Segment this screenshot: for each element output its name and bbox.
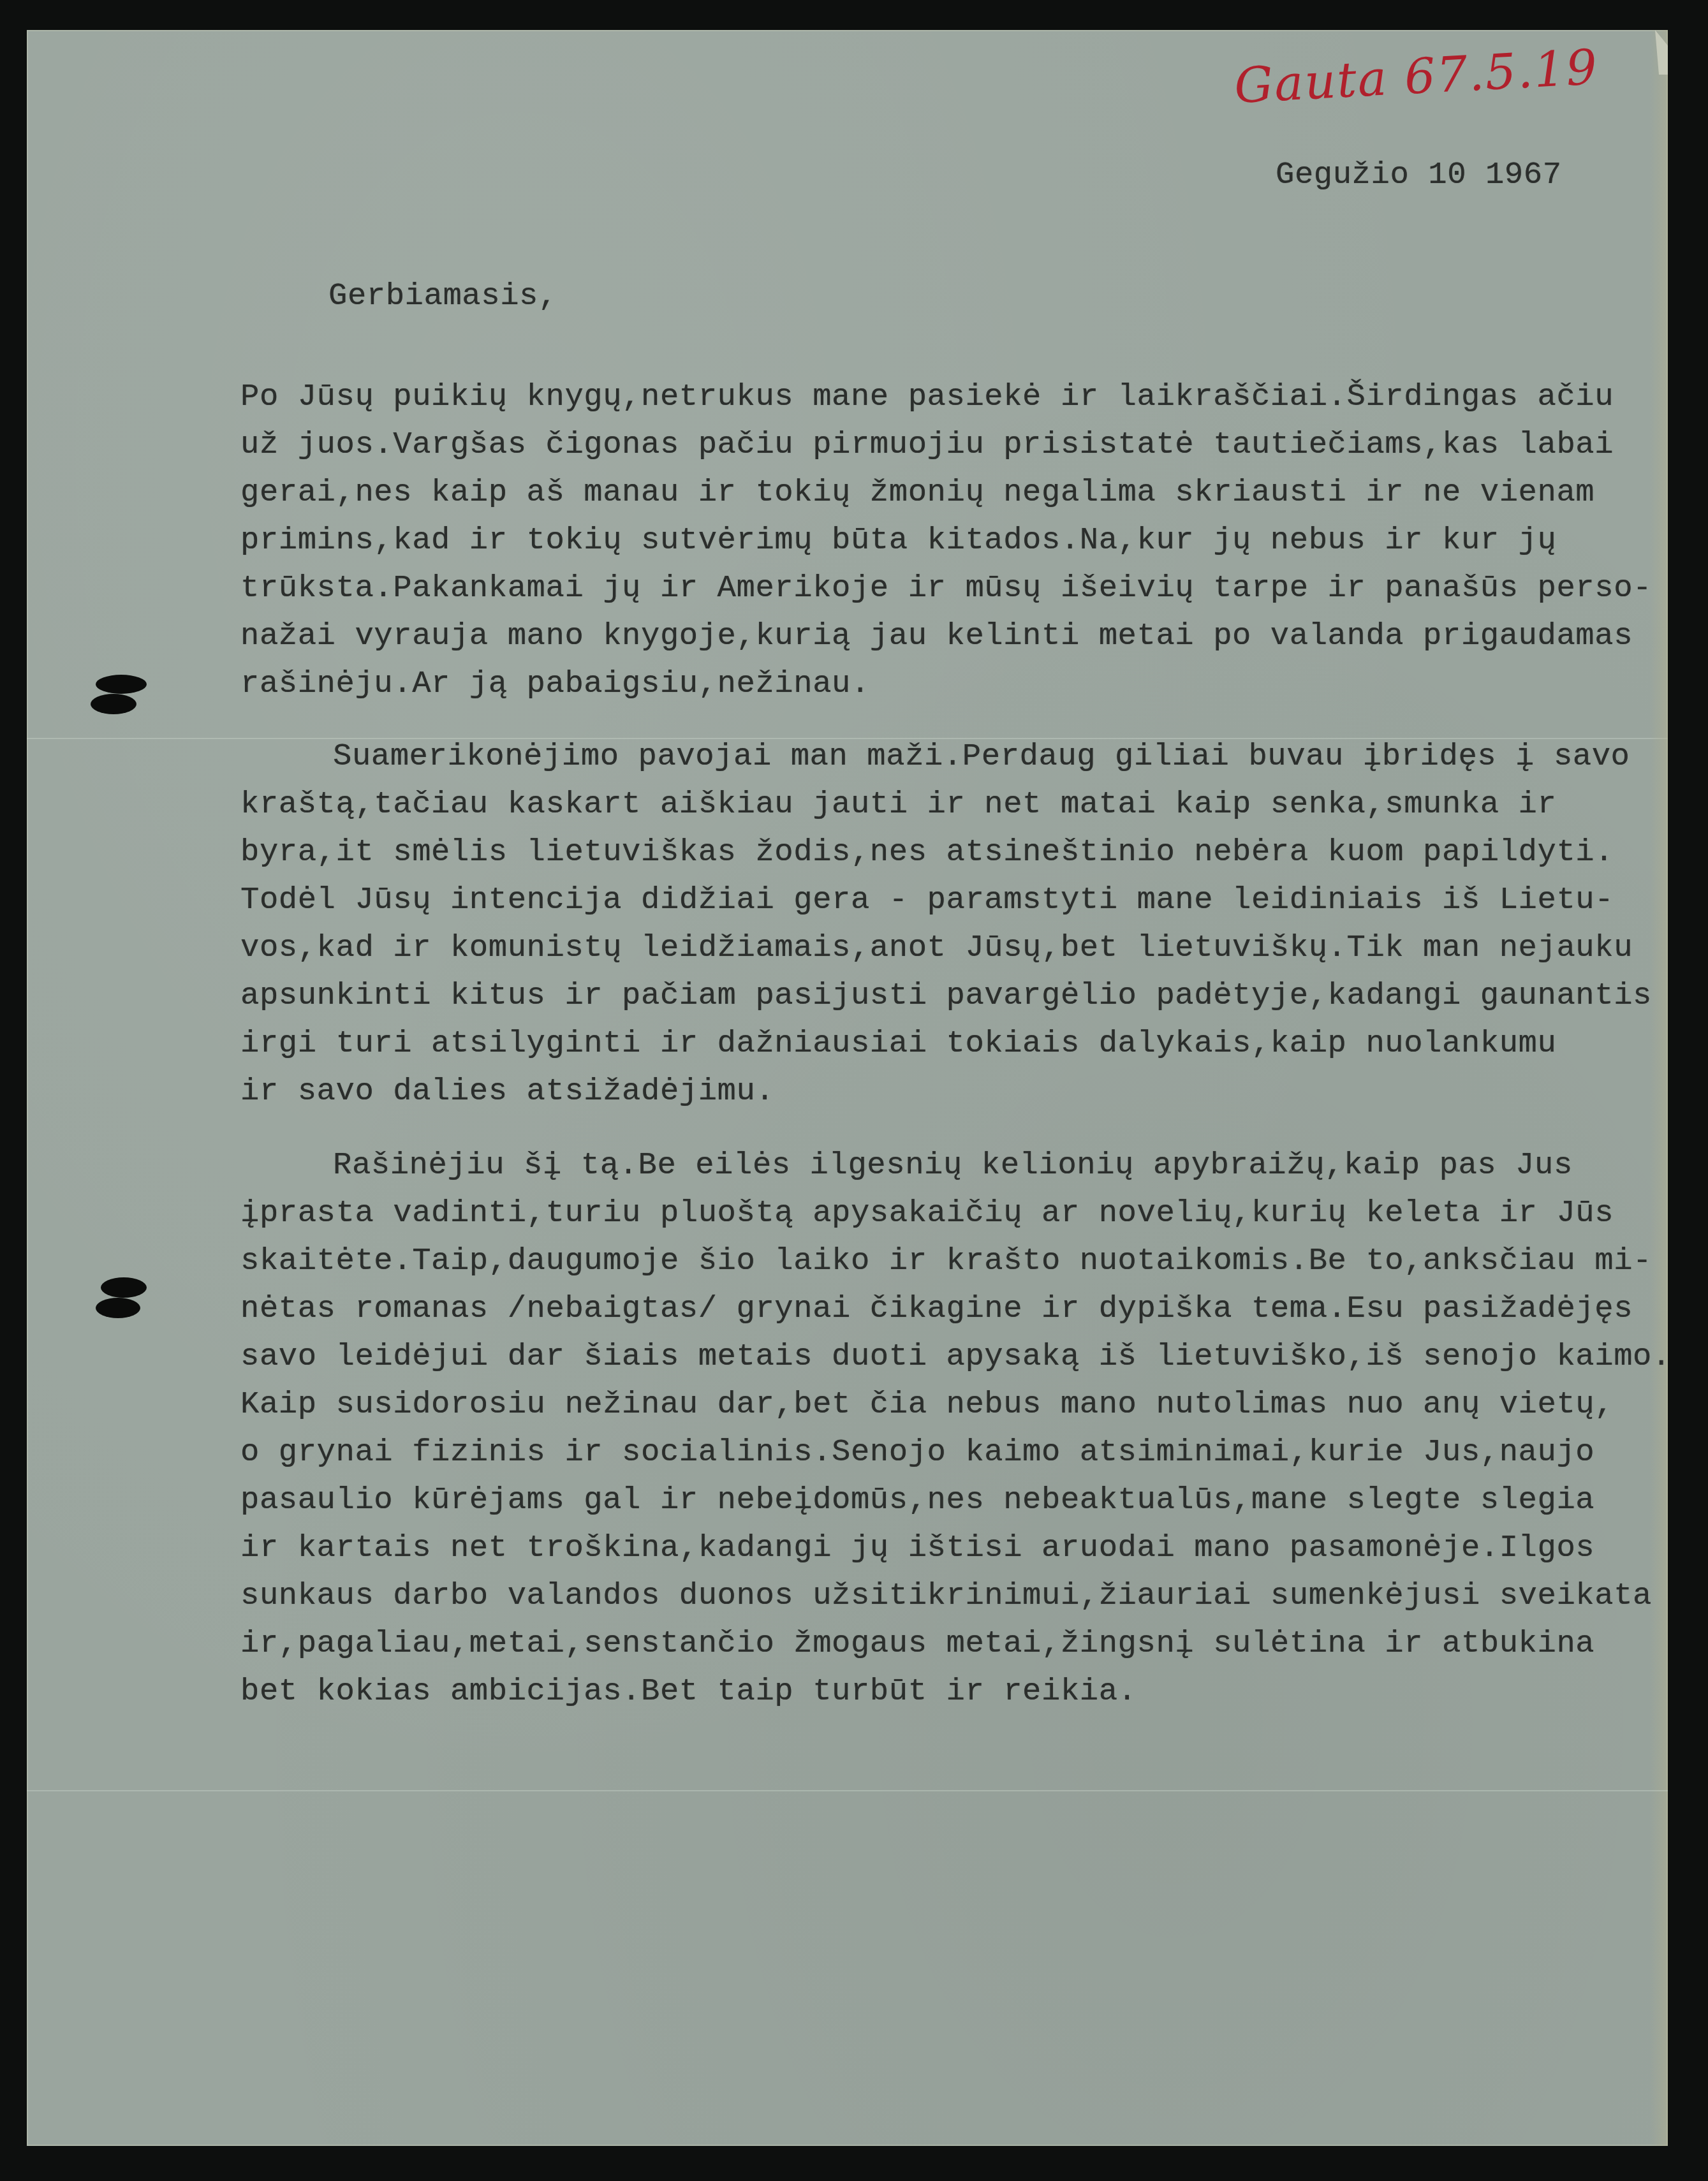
text-line: o grynai fizinis ir socialinis.Senojo ka… — [240, 1437, 1594, 1468]
text-line: nažai vyrauja mano knygoje,kurią jau kel… — [240, 621, 1633, 652]
text-line: pasaulio kūrėjams gal ir nebeįdomūs,nes … — [240, 1485, 1594, 1516]
punch-hole-shape — [101, 1277, 147, 1298]
text-line: primins,kad ir tokių sutvėrimų būta kita… — [240, 525, 1556, 556]
punch-hole-shape — [96, 675, 147, 694]
salutation: Gerbiamasis, — [328, 281, 557, 312]
text-line: už juos.Vargšas čigonas pačiu pirmuojiu … — [240, 429, 1614, 460]
text-line: Kaip susidorosiu nežinau dar,bet čia neb… — [240, 1389, 1614, 1420]
punch-hole-shape — [91, 694, 136, 714]
text-line: Todėl Jūsų intencija didžiai gera - para… — [240, 885, 1614, 916]
text-line: įprasta vadinti,turiu pluoštą apysakaiči… — [240, 1198, 1614, 1229]
text-line: ir,pagaliau,metai,senstančio žmogaus met… — [240, 1628, 1594, 1659]
text-line: kraštą,tačiau kaskart aiškiau jauti ir n… — [240, 789, 1556, 820]
paper-edge — [1650, 30, 1668, 2146]
text-line: gerai,nes kaip aš manau ir tokių žmonių … — [240, 477, 1594, 508]
text-line: Rašinėjiu šį tą.Be eilės ilgesnių kelion… — [333, 1150, 1573, 1181]
text-line: nėtas romanas /nebaigtas/ grynai čikagin… — [240, 1293, 1633, 1325]
punch-hole-shape — [96, 1298, 140, 1318]
text-line: apsunkinti kitus ir pačiam pasijusti pav… — [240, 980, 1652, 1011]
letter-date: Gegužio 10 1967 — [1276, 159, 1562, 191]
text-line: sunkaus darbo valandos duonos užsitikrin… — [240, 1580, 1652, 1612]
text-line: ir kartais net troškina,kadangi jų ištis… — [240, 1532, 1594, 1564]
text-line: ir savo dalies atsižadėjimu. — [240, 1076, 774, 1107]
text-line: trūksta.Pakankamai jų ir Amerikoje ir mū… — [240, 573, 1652, 604]
text-line: rašinėju.Ar ją pabaigsiu,nežinau. — [240, 668, 870, 700]
text-line: skaitėte.Taip,daugumoje šio laiko ir kra… — [240, 1245, 1652, 1277]
text-line: byra,it smėlis lietuviškas žodis,nes ats… — [240, 837, 1614, 868]
text-line: Suamerikonėjimo pavojai man maži.Perdaug… — [333, 741, 1630, 772]
text-line: irgi turi atsilyginti ir dažniausiai tok… — [240, 1028, 1556, 1059]
text-line: Po Jūsų puikių knygų,netrukus mane pasie… — [240, 381, 1614, 413]
text-line: bet kokias ambicijas.Bet taip turbūt ir … — [240, 1676, 1137, 1707]
text-line: vos,kad ir komunistų leidžiamais,anot Jū… — [240, 932, 1633, 964]
text-line: savo leidėjui dar šiais metais duoti apy… — [240, 1341, 1671, 1372]
